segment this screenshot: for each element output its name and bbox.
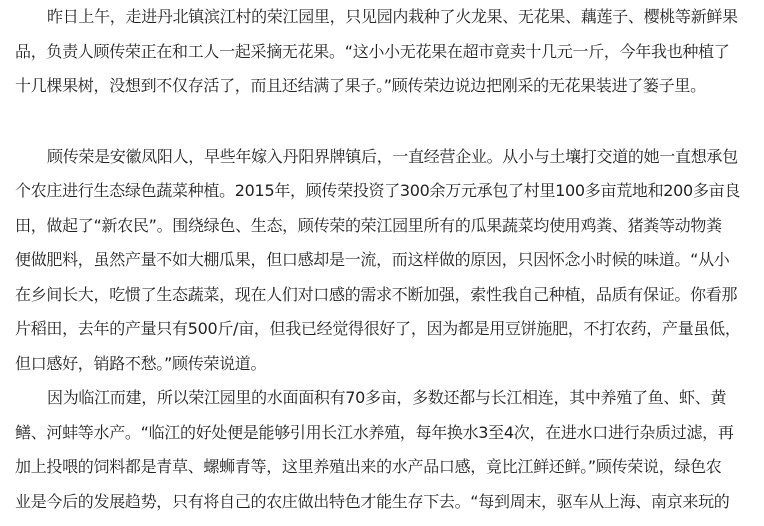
text-line: 鳝、河蚌等水产。“临江的好处便是能够引用长江水养殖，每年换水3至4次，在进水口进…: [15, 416, 755, 451]
text-line: 昨日上午，走进丹北镇滨江村的荣江园里，只见园内栽种了火龙果、无花果、藕莲子、樱桃…: [15, 0, 755, 35]
text-line: 因为临江而建，所以荣江园里的水面面积有70多亩，多数还都与长江相连，其中养殖了鱼…: [15, 381, 755, 416]
paragraph-1: 昨日上午，走进丹北镇滨江村的荣江园里，只见园内栽种了火龙果、无花果、藕莲子、樱桃…: [15, 0, 755, 104]
text-line: 便做肥料，虽然产量不如大棚瓜果，但口感却是一流，而这样做的原因，只因怀念小时候的…: [15, 243, 755, 278]
text-line: 个农庄进行生态绿色蔬菜种植。2015年，顾传荣投资了300余万元承包了村里100…: [15, 174, 755, 209]
text-line: 业是今后的发展趋势，只有将自己的农庄做出特色才能生存下去。“每到周末，驱车从上海…: [15, 485, 755, 520]
text-line: 十几棵果树，没想到不仅存活了，而且还结满了果子。”顾传荣边说边把刚采的无花果装进…: [15, 69, 755, 104]
text-line: 田，做起了“新农民”。围绕绿色、生态，顾传荣的荣江园里所有的瓜果蔬菜均使用鸡粪、…: [15, 209, 755, 244]
paragraph-3: 因为临江而建，所以荣江园里的水面面积有70多亩，多数还都与长江相连，其中养殖了鱼…: [15, 381, 755, 519]
paragraph-spacer: [15, 104, 755, 140]
text-line: 品，负责人顾传荣正在和工人一起采摘无花果。“这小小无花果在超市竟卖十几元一斤，今…: [15, 35, 755, 70]
text-line: 加上投喂的饲料都是青草、螺蛳青等，这里养殖出来的水产品口感，竟比江鲜还鲜。”顾传…: [15, 450, 755, 485]
text-line: 但口感好，销路不愁。”顾传荣说道。: [15, 347, 755, 382]
paragraph-2: 顾传荣是安徽凤阳人，早些年嫁入丹阳界牌镇后，一直经营企业。从小与土壤打交道的她一…: [15, 140, 755, 382]
text-line: 片稻田，去年的产量只有500斤/亩，但我已经觉得很好了，因为都是用豆饼施肥，不打…: [15, 312, 755, 347]
text-line: 顾传荣是安徽凤阳人，早些年嫁入丹阳界牌镇后，一直经营企业。从小与土壤打交道的她一…: [15, 140, 755, 175]
article-body: 昨日上午，走进丹北镇滨江村的荣江园里，只见园内栽种了火龙果、无花果、藕莲子、樱桃…: [15, 0, 755, 519]
text-line: 在乡间长大，吃惯了生态蔬菜，现在人们对口感的需求不断加强，索性我自己种植，品质有…: [15, 278, 755, 313]
